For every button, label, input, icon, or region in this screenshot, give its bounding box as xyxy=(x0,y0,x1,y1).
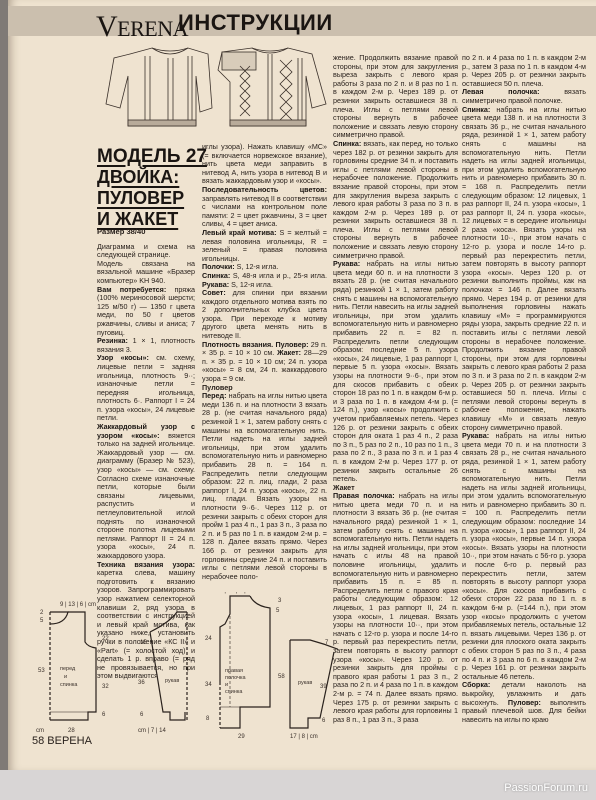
paragraph: по 2 п. и 4 раза по 1 п. в каждом 2-м р.… xyxy=(462,54,586,88)
jacket-sketch-icon xyxy=(218,48,326,126)
model-subtitle-2: ПУЛОВЕР xyxy=(97,188,207,209)
svg-text:5: 5 xyxy=(40,618,44,624)
paragraph: Совет: для спинки при вязании каждого от… xyxy=(202,289,327,341)
paragraph: Сборка: детали наколоть на выкройку, увл… xyxy=(462,681,586,724)
svg-text:53: 53 xyxy=(38,668,45,674)
garment-illustration xyxy=(100,46,330,128)
svg-text:6: 6 xyxy=(140,712,144,718)
paragraph: Рукава: набрать на иглы нитью цвета меди… xyxy=(462,432,586,681)
paragraph: Жаккардовый узор с узором «косы»: вяжетс… xyxy=(97,423,195,561)
paragraph: Правая полочка: набрать на иглы нитью цв… xyxy=(333,492,458,724)
svg-text:39: 39 xyxy=(320,684,327,690)
text-column-3: жение. Продолжить вязание правой стороны… xyxy=(333,54,458,724)
brand-logo: VERENA xyxy=(96,10,188,44)
paragraph: жение. Продолжить вязание правой стороны… xyxy=(333,54,458,140)
paragraph: Левая полочка: вязать симметрично правой… xyxy=(462,88,586,105)
paragraph: Узор «косы»: см. схему, лицевые петли = … xyxy=(97,354,195,423)
jacket-piece xyxy=(220,596,270,728)
paragraph: Левый край мотива: S = желтый = левая по… xyxy=(202,229,327,263)
svg-text:58: 58 xyxy=(278,674,285,680)
svg-text:спинка: спинка xyxy=(225,689,243,695)
paragraph: Плотность вязания. Пуловер: 29 п. × 35 р… xyxy=(202,341,327,384)
sleeve-piece xyxy=(150,612,187,720)
paragraph: Перед: набрать на иглы нитью цвета меди … xyxy=(202,392,327,581)
svg-text:34: 34 xyxy=(205,682,212,688)
paragraph: Диаграмма и схема на следующей странице. xyxy=(97,243,195,260)
svg-text:2: 2 xyxy=(40,610,44,616)
pullover-sketch-icon xyxy=(106,48,212,126)
paragraph: Последовательность цветов: заправлять ни… xyxy=(202,186,327,229)
pattern-schematic-diagram: 9 | 13 | 6 | cm 2 5 53 22 32 6 28 cm пер… xyxy=(20,592,338,742)
svg-text:правая: правая xyxy=(225,668,243,674)
svg-text:6: 6 xyxy=(322,718,326,724)
svg-text:28: 28 xyxy=(68,728,75,734)
text-column-4: по 2 п. и 4 раза по 1 п. в каждом 2-м р.… xyxy=(462,54,586,724)
svg-text:17 | 8 | cm: 17 | 8 | cm xyxy=(290,734,318,740)
svg-text:6: 6 xyxy=(102,712,106,718)
paragraph: Рукава: набрать на иглы нитью цвета меди… xyxy=(333,260,458,483)
page-footer: 58 ВЕРЕНА xyxy=(32,735,92,747)
paragraph: Спинка: набрать на иглы нитью цвета меди… xyxy=(462,106,586,433)
svg-text:рукав: рукав xyxy=(165,678,179,684)
svg-text:14 | 17 | 8 | cm: 14 | 17 | 8 | cm xyxy=(216,592,255,594)
paragraph: иглы узора). Нажать клавишу «МС» (= вклю… xyxy=(202,143,327,186)
svg-text:22: 22 xyxy=(102,636,109,642)
svg-text:32: 32 xyxy=(102,684,109,690)
svg-text:36: 36 xyxy=(138,680,145,686)
paragraph: Спинка: S, 48-я игла и р., 25-я игла. Ру… xyxy=(202,272,327,289)
svg-text:8: 8 xyxy=(206,716,210,722)
svg-text:5: 5 xyxy=(276,608,280,614)
svg-text:29: 29 xyxy=(238,734,245,740)
svg-text:15: 15 xyxy=(140,640,147,646)
svg-text:рукав: рукав xyxy=(298,680,312,686)
section-title: ИНСТРУКЦИИ xyxy=(178,10,333,36)
paragraph: Резинка: 1 × 1, плотность вязания 3. xyxy=(97,337,195,354)
model-subtitle-1: ДВОЙКА: xyxy=(97,167,207,188)
svg-text:9 | 13 | 6 | cm: 9 | 13 | 6 | cm xyxy=(60,602,96,608)
svg-text:cm: cm xyxy=(36,728,44,734)
page-spine-shadow xyxy=(0,0,8,800)
model-number: МОДЕЛЬ 27 xyxy=(97,146,207,167)
svg-text:перед: перед xyxy=(60,666,76,672)
svg-text:полочка: полочка xyxy=(225,675,247,681)
page-header-band: VERENA ИНСТРУКЦИИ xyxy=(8,6,596,36)
paragraph: Вам потребуется: пряжа (100% мериносовой… xyxy=(97,286,195,338)
size-label: Размер 38/40 xyxy=(97,228,195,237)
model-title: МОДЕЛЬ 27 ДВОЙКА: ПУЛОВЕР И ЖАКЕТ xyxy=(97,146,207,230)
paragraph: Модель связана на вязальной машине «Браз… xyxy=(97,260,195,286)
svg-text:3: 3 xyxy=(278,598,282,604)
svg-text:24: 24 xyxy=(205,636,212,642)
text-column-2: иглы узора). Нажать клавишу «МС» (= вклю… xyxy=(202,143,327,581)
svg-text:и: и xyxy=(64,674,67,680)
svg-text:спинка: спинка xyxy=(60,682,78,688)
paragraph: Спинка: вязать, как перед, но только чер… xyxy=(333,140,458,260)
watermark: PassionForum.ru xyxy=(504,782,588,794)
svg-text:и: и xyxy=(225,682,228,688)
svg-text:cm | 7 | 14: cm | 7 | 14 xyxy=(138,728,166,734)
